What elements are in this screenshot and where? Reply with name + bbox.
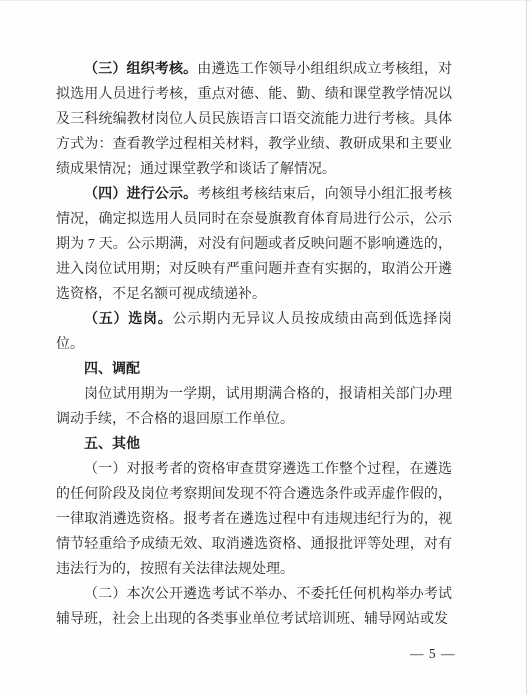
page-number: — 5 —: [410, 646, 456, 662]
paragraph-lead: （四）进行公示。: [84, 187, 197, 202]
paragraph-text: 考核组考核结束后，向领导小组汇报考核情况，确定拟选用人员同时在奈曼旗教育体育局进…: [56, 187, 452, 302]
section-heading-others: 五、其他: [56, 432, 452, 457]
paragraph-text: （一）对报考者的资格审查贯穿遴选工作整个过程，在遴选的任何阶段及岗位考察期间发现…: [56, 462, 452, 577]
paragraph-lead: （三）组织考核。: [84, 62, 197, 77]
paragraph-text: 由遴选工作领导小组组织成立考核组，对拟选用人员进行考核，重点对德、能、勤、绩和课…: [56, 62, 452, 177]
paragraph-post-selection: （五）选岗。公示期内无异议人员按成绩由高到低选择岗位。: [56, 307, 452, 357]
paragraph-organize-assessment: （三）组织考核。由遴选工作领导小组组织成立考核组，对拟选用人员进行考核，重点对德…: [56, 57, 452, 182]
paragraph-public-notice: （四）进行公示。考核组考核结束后，向领导小组汇报考核情况，确定拟选用人员同时在奈…: [56, 182, 452, 307]
paragraph-qualification-review: （一）对报考者的资格审查贯穿遴选工作整个过程，在遴选的任何阶段及岗位考察期间发现…: [56, 457, 452, 582]
paragraph-no-training-class: （二）本次公开遴选考试不举办、不委托任何机构举办考试辅导班，社会上出现的各类事业…: [56, 582, 452, 632]
paragraph-lead: （五）选岗。: [84, 312, 173, 327]
document-body: （三）组织考核。由遴选工作领导小组组织成立考核组，对拟选用人员进行考核，重点对德…: [56, 57, 452, 632]
paragraph-text: 岗位试用期为一学期，试用期满合格的，报请相关部门办理调动手续，不合格的退回原工作…: [56, 387, 452, 427]
scan-edge-right: [526, 0, 527, 694]
scan-edge-top: [0, 0, 531, 1]
paragraph-text: （二）本次公开遴选考试不举办、不委托任何机构举办考试辅导班，社会上出现的各类事业…: [56, 587, 452, 627]
section-heading-transfer: 四、调配: [56, 357, 452, 382]
paragraph-probation: 岗位试用期为一学期，试用期满合格的，报请相关部门办理调动手续，不合格的退回原工作…: [56, 382, 452, 432]
document-page: （三）组织考核。由遴选工作领导小组组织成立考核组，对拟选用人员进行考核，重点对德…: [0, 0, 531, 694]
